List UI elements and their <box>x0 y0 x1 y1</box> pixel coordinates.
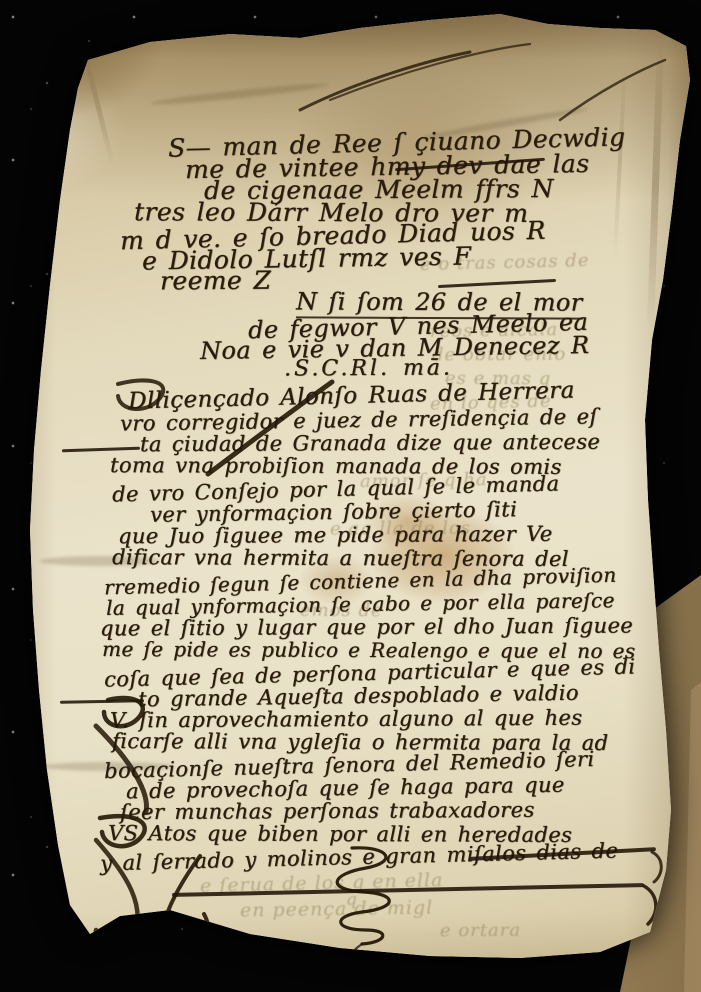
photograph-of-manuscript: e o tras cosas dereos e alcalade obtar e… <box>0 0 701 992</box>
ink-rule <box>62 447 140 453</box>
ink-rule <box>395 158 545 171</box>
ink-rule <box>172 883 644 896</box>
ink-rule <box>470 847 656 860</box>
ink-rule <box>60 699 144 703</box>
ink-rule <box>438 279 556 288</box>
ruled-strokes-layer <box>0 0 701 992</box>
page-shadow-wrap: e o tras cosas dereos e alcalade obtar e… <box>0 0 701 992</box>
manuscript-page: e o tras cosas dereos e alcalade obtar e… <box>0 0 701 992</box>
